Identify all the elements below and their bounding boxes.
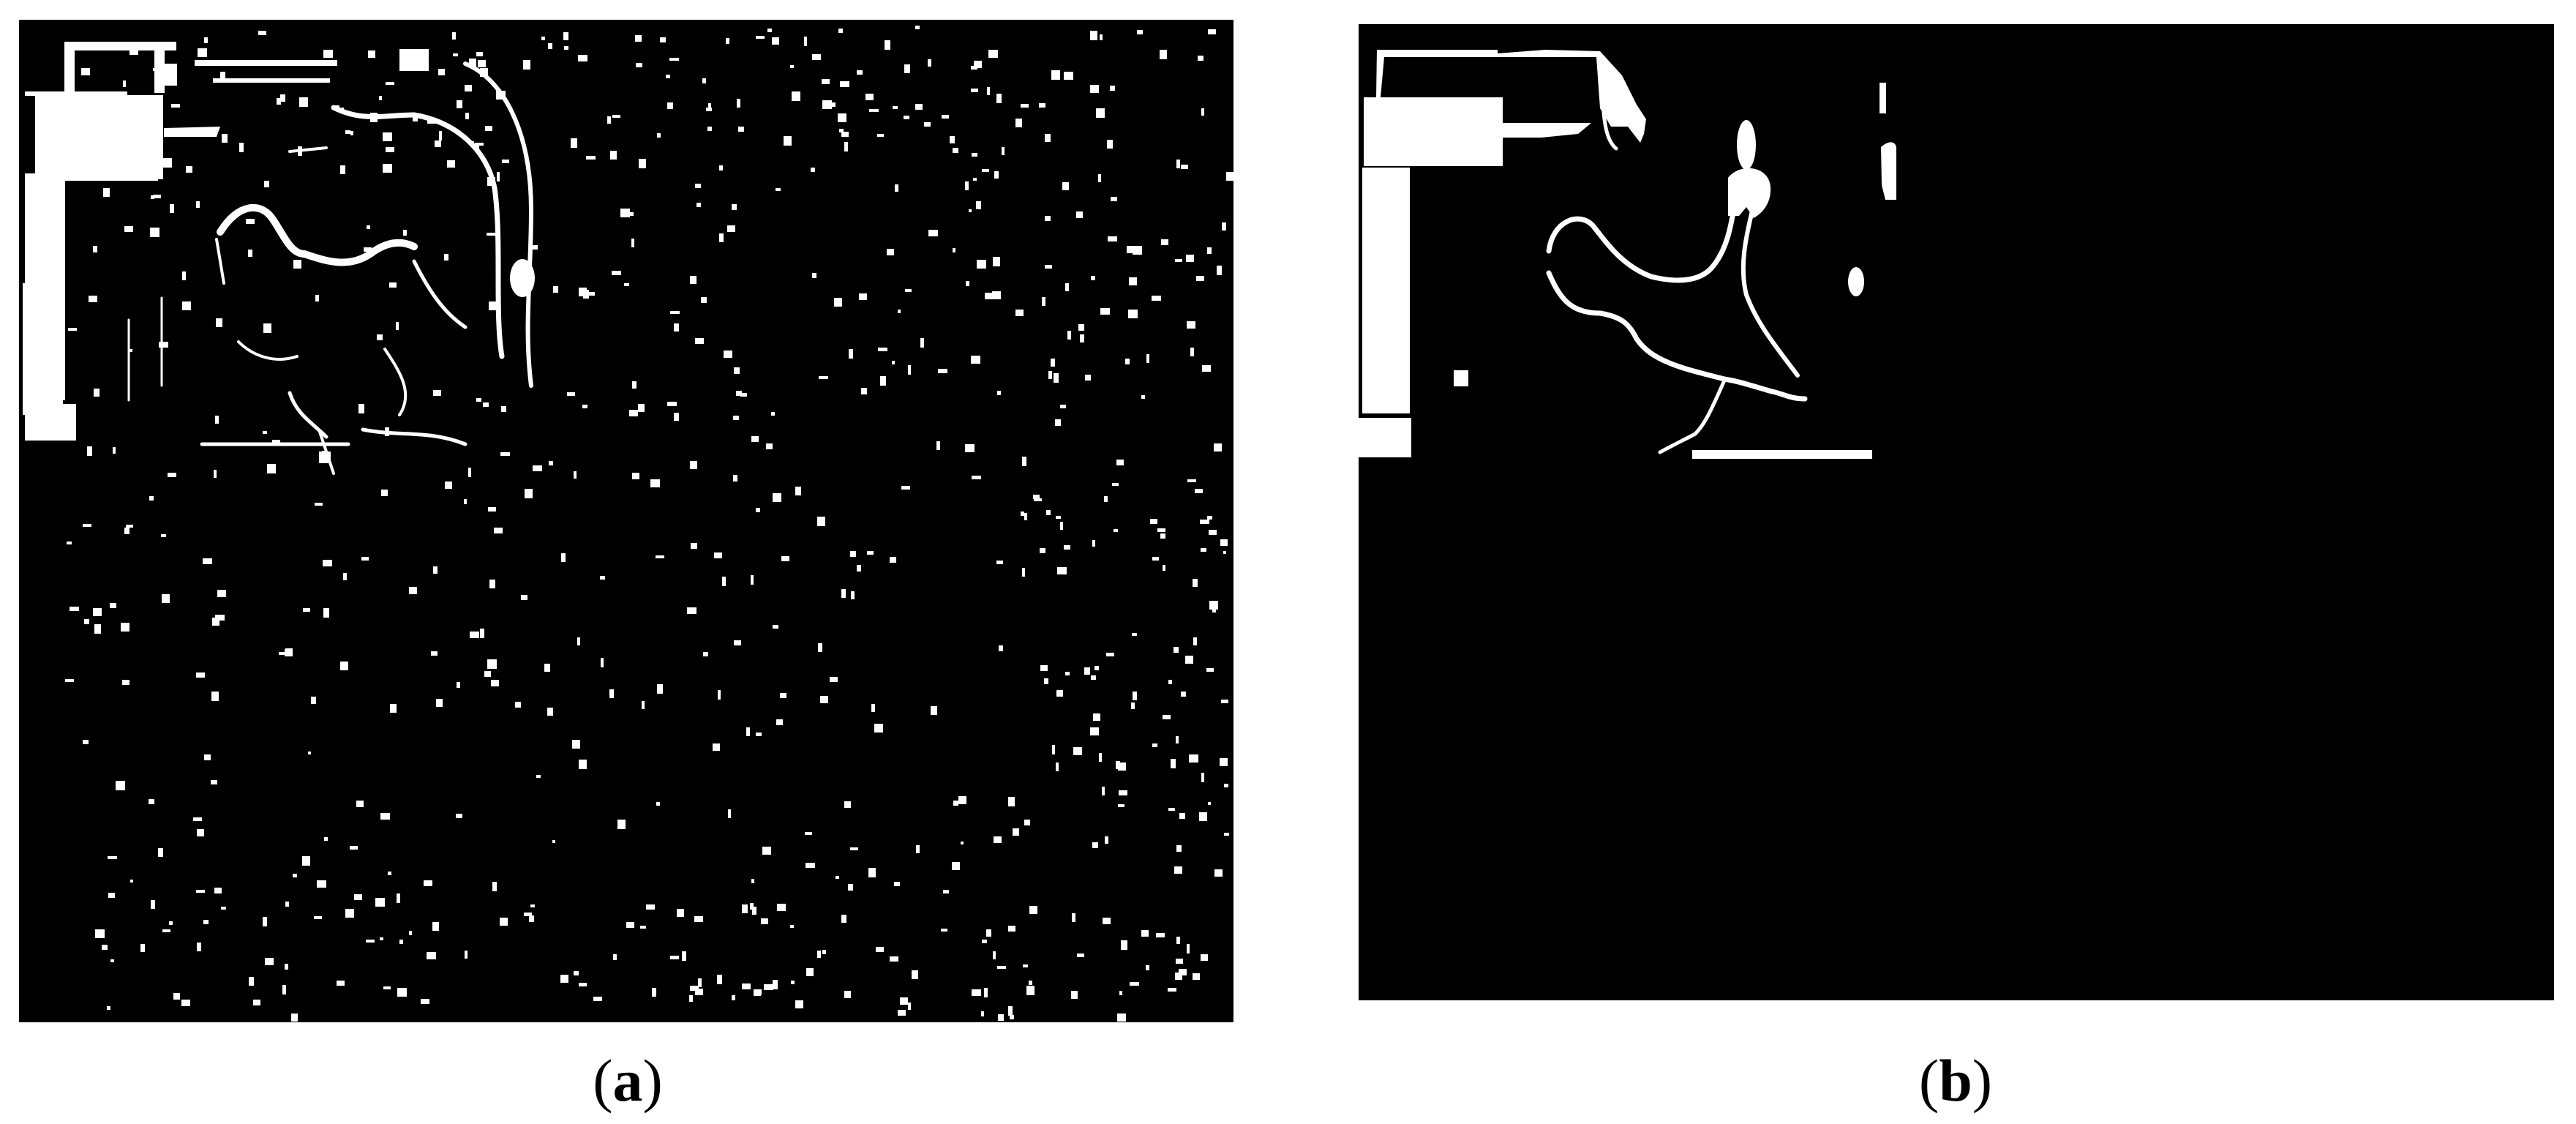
subfigure-label-b: (b): [1882, 1048, 2029, 1114]
panel-a-graphic: [19, 20, 1233, 1022]
panel-b-graphic: [1359, 24, 2554, 1000]
label-open-paren: (: [593, 1047, 612, 1114]
label-open-paren: (: [1919, 1047, 1939, 1114]
label-letter-b: b: [1939, 1047, 1972, 1114]
subfigure-label-a: (a): [555, 1048, 701, 1114]
label-close-paren: ): [643, 1047, 663, 1114]
label-close-paren: ): [1972, 1047, 1992, 1114]
scale-bar: [1692, 450, 1872, 459]
panel-a-binary-image: [19, 20, 1233, 1022]
label-letter-a: a: [613, 1047, 643, 1114]
panel-b-cleaned-image: [1359, 24, 2554, 1000]
